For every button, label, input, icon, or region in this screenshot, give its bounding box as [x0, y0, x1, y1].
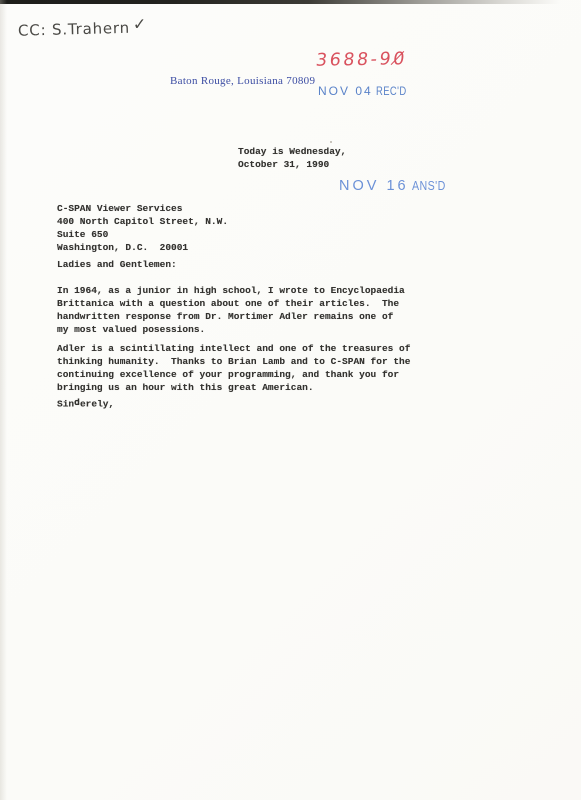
- cc-handwritten-note: CC: S.Trahern✓: [18, 17, 148, 39]
- checkmark-icon: ✓: [133, 14, 148, 33]
- closing-signature-line: Sincderely,: [57, 397, 114, 411]
- cc-note-text: CC: S.Trahern: [18, 19, 130, 40]
- received-stamp-date: NOV 04: [318, 84, 373, 98]
- letter-date: Today is Wednesday, October 31, 1990: [238, 145, 346, 171]
- salutation: Ladies and Gentlemen:: [57, 258, 177, 271]
- received-stamp-label: REC'D: [376, 86, 407, 98]
- received-stamp: NOV 04REC'D: [318, 84, 413, 98]
- closing-post: erely,: [80, 399, 114, 410]
- letterhead-city-line: Baton Rouge, Louisiana 70809: [170, 75, 315, 87]
- scan-artifact-top-line: [0, 0, 560, 4]
- answered-stamp-date: NOV 16: [339, 178, 409, 194]
- scanned-letter-page: CC: S.Trahern✓ Baton Rouge, Louisiana 70…: [0, 0, 581, 800]
- answered-stamp-label: ANS'D: [412, 178, 446, 193]
- body-paragraph-1: In 1964, as a junior in high school, I w…: [57, 284, 405, 336]
- scan-speckle: [330, 141, 332, 143]
- recipient-address: C-SPAN Viewer Services 400 North Capitol…: [57, 202, 228, 254]
- closing-pre: Sin: [57, 399, 74, 410]
- overstrike-top-char: d: [74, 396, 80, 409]
- body-paragraph-2: Adler is a scintillating intellect and o…: [57, 342, 410, 394]
- answered-stamp: NOV 16ANS'D: [339, 178, 453, 194]
- scan-artifact-left-edge: [0, 0, 7, 800]
- case-number-handwritten: 3688-90̸: [315, 49, 408, 71]
- typewriter-overstrike: cd: [74, 397, 80, 407]
